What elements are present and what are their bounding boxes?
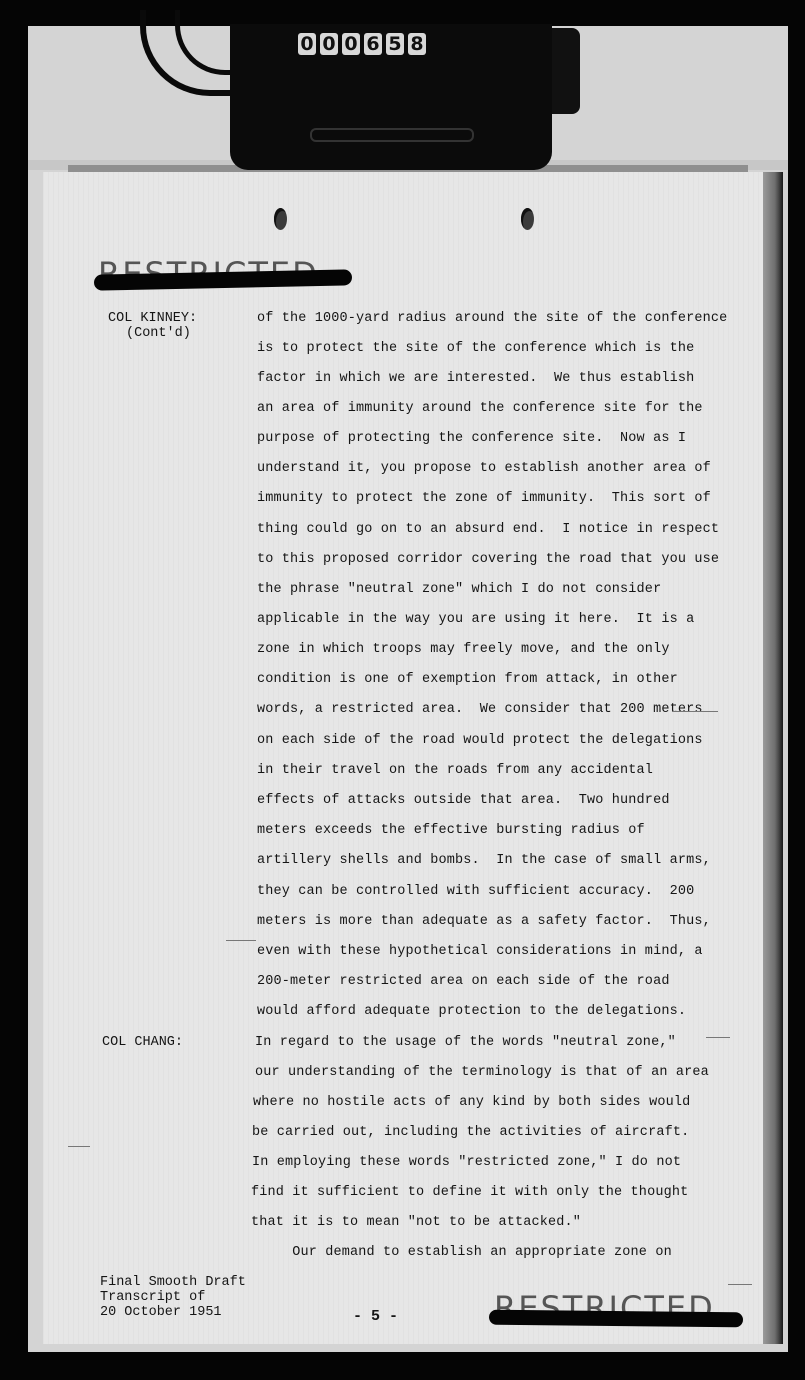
transcript-line: In regard to the usage of the words "neu… bbox=[255, 1035, 676, 1050]
transcript-line: 200-meter restricted area on each side o… bbox=[257, 974, 670, 989]
transcript-line: in their travel on the roads from any ac… bbox=[257, 763, 653, 778]
transcript-line: find it sufficient to define it with onl… bbox=[251, 1185, 688, 1200]
counter-digit: 6 bbox=[364, 33, 382, 55]
page-number: - 5 - bbox=[353, 1308, 398, 1325]
page-edge-shadow bbox=[763, 172, 783, 1344]
transcript-line: on each side of the road would protect t… bbox=[257, 733, 703, 748]
speaker-cont-label: (Cont'd) bbox=[126, 326, 191, 342]
frame-counter-digits: 0 0 0 6 5 8 bbox=[298, 33, 426, 55]
transcript-line: zone in which troops may freely move, an… bbox=[257, 642, 670, 657]
transcript-line: that it is to mean "not to be attacked." bbox=[251, 1215, 581, 1230]
counter-digit: 8 bbox=[408, 33, 426, 55]
transcript-line: immunity to protect the zone of immunity… bbox=[257, 491, 711, 506]
transcript-line: purpose of protecting the conference sit… bbox=[257, 431, 686, 446]
transcript-line: an area of immunity around the conferenc… bbox=[257, 401, 703, 416]
counter-slot bbox=[310, 128, 474, 142]
footer-draft-label: Final Smooth Draft bbox=[100, 1275, 246, 1290]
transcript-line: is to protect the site of the conference… bbox=[257, 341, 694, 356]
counter-digit: 0 bbox=[342, 33, 360, 55]
transcript-line: words, a restricted area. We consider th… bbox=[257, 702, 703, 717]
transcript-line: the phrase "neutral zone" which I do not… bbox=[257, 582, 661, 597]
transcript-line: be carried out, including the activities… bbox=[252, 1125, 689, 1140]
transcript-line: meters is more than adequate as a safety… bbox=[257, 914, 711, 929]
speaker-label-kinney: COL KINNEY: bbox=[108, 311, 197, 327]
transcript-line: factor in which we are interested. We th… bbox=[257, 371, 694, 386]
transcript-line: Our demand to establish an appropriate z… bbox=[251, 1245, 672, 1260]
punch-hole-icon bbox=[521, 208, 534, 230]
stray-mark bbox=[672, 711, 718, 712]
transcript-line: understand it, you propose to establish … bbox=[257, 461, 711, 476]
transcript-footer: Final Smooth Draft Transcript of 20 Octo… bbox=[100, 1275, 246, 1320]
speaker-label-chang: COL CHANG: bbox=[102, 1035, 183, 1051]
transcript-line: meters exceeds the effective bursting ra… bbox=[257, 823, 645, 838]
transcript-line: would afford adequate protection to the … bbox=[257, 1004, 686, 1019]
counter-digit: 5 bbox=[386, 33, 404, 55]
transcript-line: effects of attacks outside that area. Tw… bbox=[257, 793, 670, 808]
transcript-line: In employing these words "restricted zon… bbox=[252, 1155, 681, 1170]
transcript-line: of the 1000-yard radius around the site … bbox=[257, 311, 727, 326]
transcript-line: condition is one of exemption from attac… bbox=[257, 672, 678, 687]
counter-digit: 0 bbox=[298, 33, 316, 55]
stray-mark bbox=[728, 1284, 752, 1285]
stray-mark bbox=[68, 1146, 90, 1147]
transcript-line: our understanding of the terminology is … bbox=[255, 1065, 709, 1080]
footer-transcript-label: Transcript of bbox=[100, 1290, 246, 1305]
transcript-line: where no hostile acts of any kind by bot… bbox=[253, 1095, 690, 1110]
transcript-line: applicable in the way you are using it h… bbox=[257, 612, 694, 627]
footer-date: 20 October 1951 bbox=[100, 1305, 246, 1320]
redaction-bar-footer bbox=[489, 1310, 743, 1328]
transcript-line: to this proposed corridor covering the r… bbox=[257, 552, 719, 567]
counter-digit: 0 bbox=[320, 33, 338, 55]
transcript-line: thing could go on to an absurd end. I no… bbox=[257, 522, 719, 537]
stray-mark bbox=[226, 940, 256, 941]
counter-knob bbox=[552, 28, 580, 114]
transcript-line: even with these hypothetical considerati… bbox=[257, 944, 703, 959]
transcript-line: artillery shells and bombs. In the case … bbox=[257, 853, 711, 868]
stray-mark bbox=[706, 1037, 730, 1038]
transcript-line: they can be controlled with sufficient a… bbox=[257, 884, 694, 899]
punch-hole-icon bbox=[274, 208, 287, 230]
